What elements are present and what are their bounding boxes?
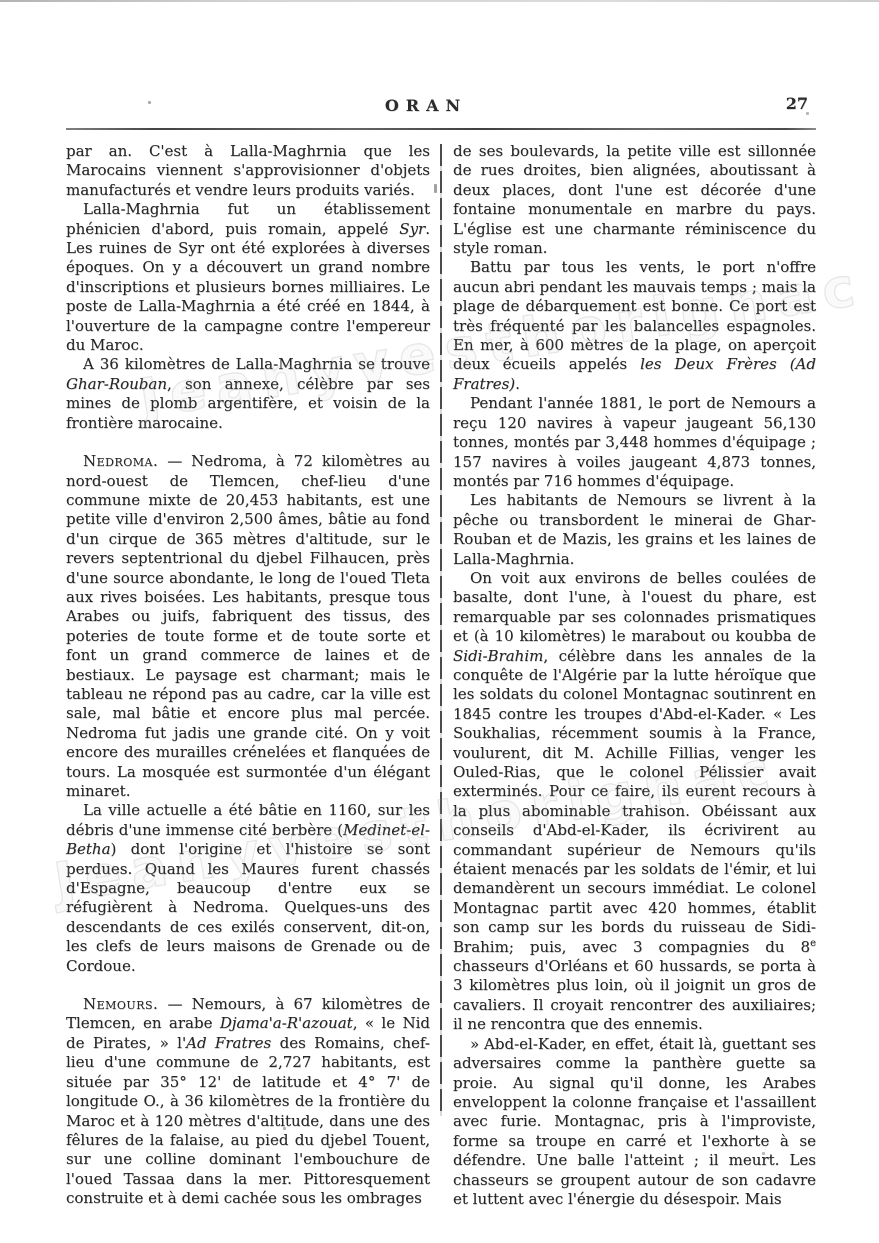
text-run: de ses boulevards, la petite ville est s…: [453, 142, 816, 257]
paragraph: Nedroma. — Nedroma, à 72 kilomètres au n…: [66, 452, 430, 801]
left-column: par an. C'est à Lalla-Maghrnia que les M…: [66, 142, 430, 1209]
section-lead: Nemours.: [83, 995, 158, 1013]
section-lead: Nedroma.: [83, 452, 158, 470]
text-run: . Les ruines de Syr ont été explorées à …: [66, 220, 430, 354]
text-run: , célèbre dans les annales de la conquêt…: [453, 647, 816, 956]
text-run: Sidi-Brahim: [453, 647, 543, 665]
page-header: ORAN 27: [66, 96, 816, 118]
paragraph: La ville actuelle a été bâtie en 1160, s…: [66, 801, 430, 976]
text-columns: par an. C'est à Lalla-Maghrnia que les M…: [66, 142, 816, 1209]
text-run: Ghar-Rouban: [66, 375, 167, 393]
text-run: Les habitants de Nemours se livrent à la…: [453, 491, 816, 567]
column-divider: [440, 144, 442, 1116]
scanned-page: ORAN 27 par an. C'est à Lalla-Maghrnia q…: [0, 0, 879, 1243]
page-number: 27: [786, 94, 808, 113]
paragraph: » Abd-el-Kader, en effet, était là, guet…: [453, 1035, 816, 1210]
text-run: par an. C'est à Lalla-Maghrnia que les M…: [66, 142, 430, 199]
ink-speck: [283, 1127, 286, 1130]
text-run: e: [810, 938, 816, 949]
paragraph: On voit aux environs de belles coulées d…: [453, 569, 816, 1035]
ink-speck: [434, 184, 437, 193]
text-run: Syr: [399, 220, 425, 238]
paragraph: Pendant l'année 1881, le port de Nemours…: [453, 394, 816, 491]
text-run: chasseurs d'Orléans et 60 hussards, se p…: [453, 957, 816, 1033]
text-run: » Abd-el-Kader, en effet, était là, guet…: [453, 1035, 816, 1208]
ink-speck: [148, 101, 151, 104]
text-run: — Nedroma, à 72 kilomètres au nord-ouest…: [66, 452, 430, 800]
paragraph: Les habitants de Nemours se livrent à la…: [453, 491, 816, 569]
text-run: A 36 kilomètres de Lalla-Maghrnia se tro…: [83, 355, 430, 373]
paragraph: A 36 kilomètres de Lalla-Maghrnia se tro…: [66, 355, 430, 433]
text-run: des Romains, chef-lieu d'une commune de …: [66, 1034, 430, 1207]
text-run: On voit aux environs de belles coulées d…: [453, 569, 816, 645]
text-run: Djama'a-R'azouat: [220, 1014, 353, 1032]
text-run: Pendant l'année 1881, le port de Nemours…: [453, 394, 816, 490]
paragraph: Battu par tous les vents, le port n'offr…: [453, 258, 816, 394]
text-run: .: [515, 375, 520, 393]
text-run: Lalla-Maghrnia fut un établissement phén…: [66, 200, 430, 237]
text-run: Ad Fratres: [186, 1034, 271, 1052]
paragraph: par an. C'est à Lalla-Maghrnia que les M…: [66, 142, 430, 200]
paragraph: Lalla-Maghrnia fut un établissement phén…: [66, 200, 430, 355]
text-run: ) dont l'origine et l'histoire se sont p…: [66, 840, 430, 974]
paragraph: Nemours. — Nemours, à 67 kilomètres de T…: [66, 995, 430, 1208]
right-column: de ses boulevards, la petite ville est s…: [453, 142, 816, 1209]
ink-speck: [762, 1152, 765, 1155]
ink-speck: [806, 112, 809, 115]
running-title: ORAN: [66, 96, 786, 115]
header-rule: [66, 128, 816, 130]
paragraph: de ses boulevards, la petite ville est s…: [453, 142, 816, 258]
